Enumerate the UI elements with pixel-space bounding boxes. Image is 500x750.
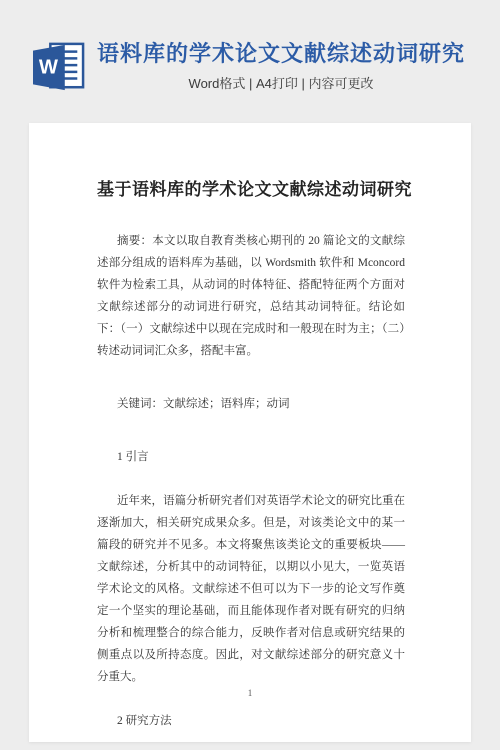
section-1-heading: 1 引言 bbox=[97, 446, 405, 468]
document-header: W 语料库的学术论文文献综述动词研究 Word格式 | A4打印 | 内容可更改 bbox=[0, 0, 500, 123]
word-icon-graphic: W bbox=[30, 41, 88, 93]
document-title-header: 语料库的学术论文文献综述动词研究 bbox=[90, 40, 472, 68]
doc-inner-title: 基于语料库的学术论文文献综述动词研究 bbox=[97, 175, 405, 200]
page-number: 1 bbox=[29, 688, 471, 698]
document-page-preview: 基于语料库的学术论文文献综述动词研究 摘要：本文以取自教育类核心期刊的 20 篇… bbox=[29, 123, 471, 742]
section-2-heading: 2 研究方法 bbox=[97, 710, 405, 732]
keywords-line: 关键词：文献综述；语料库；动词 bbox=[97, 393, 405, 415]
section-1-paragraph: 近年来，语篇分析研究者们对英语学术论文的研究比重在逐渐加大，相关研究成果众多。但… bbox=[97, 490, 405, 688]
word-icon-letter: W bbox=[39, 57, 59, 79]
header-text-block: 语料库的学术论文文献综述动词研究 Word格式 | A4打印 | 内容可更改 bbox=[88, 40, 472, 92]
word-icon: W bbox=[30, 41, 88, 93]
document-format-meta: Word格式 | A4打印 | 内容可更改 bbox=[90, 73, 472, 92]
abstract-paragraph: 摘要：本文以取自教育类核心期刊的 20 篇论文的文献综述部分组成的语料库为基础，… bbox=[97, 230, 405, 362]
